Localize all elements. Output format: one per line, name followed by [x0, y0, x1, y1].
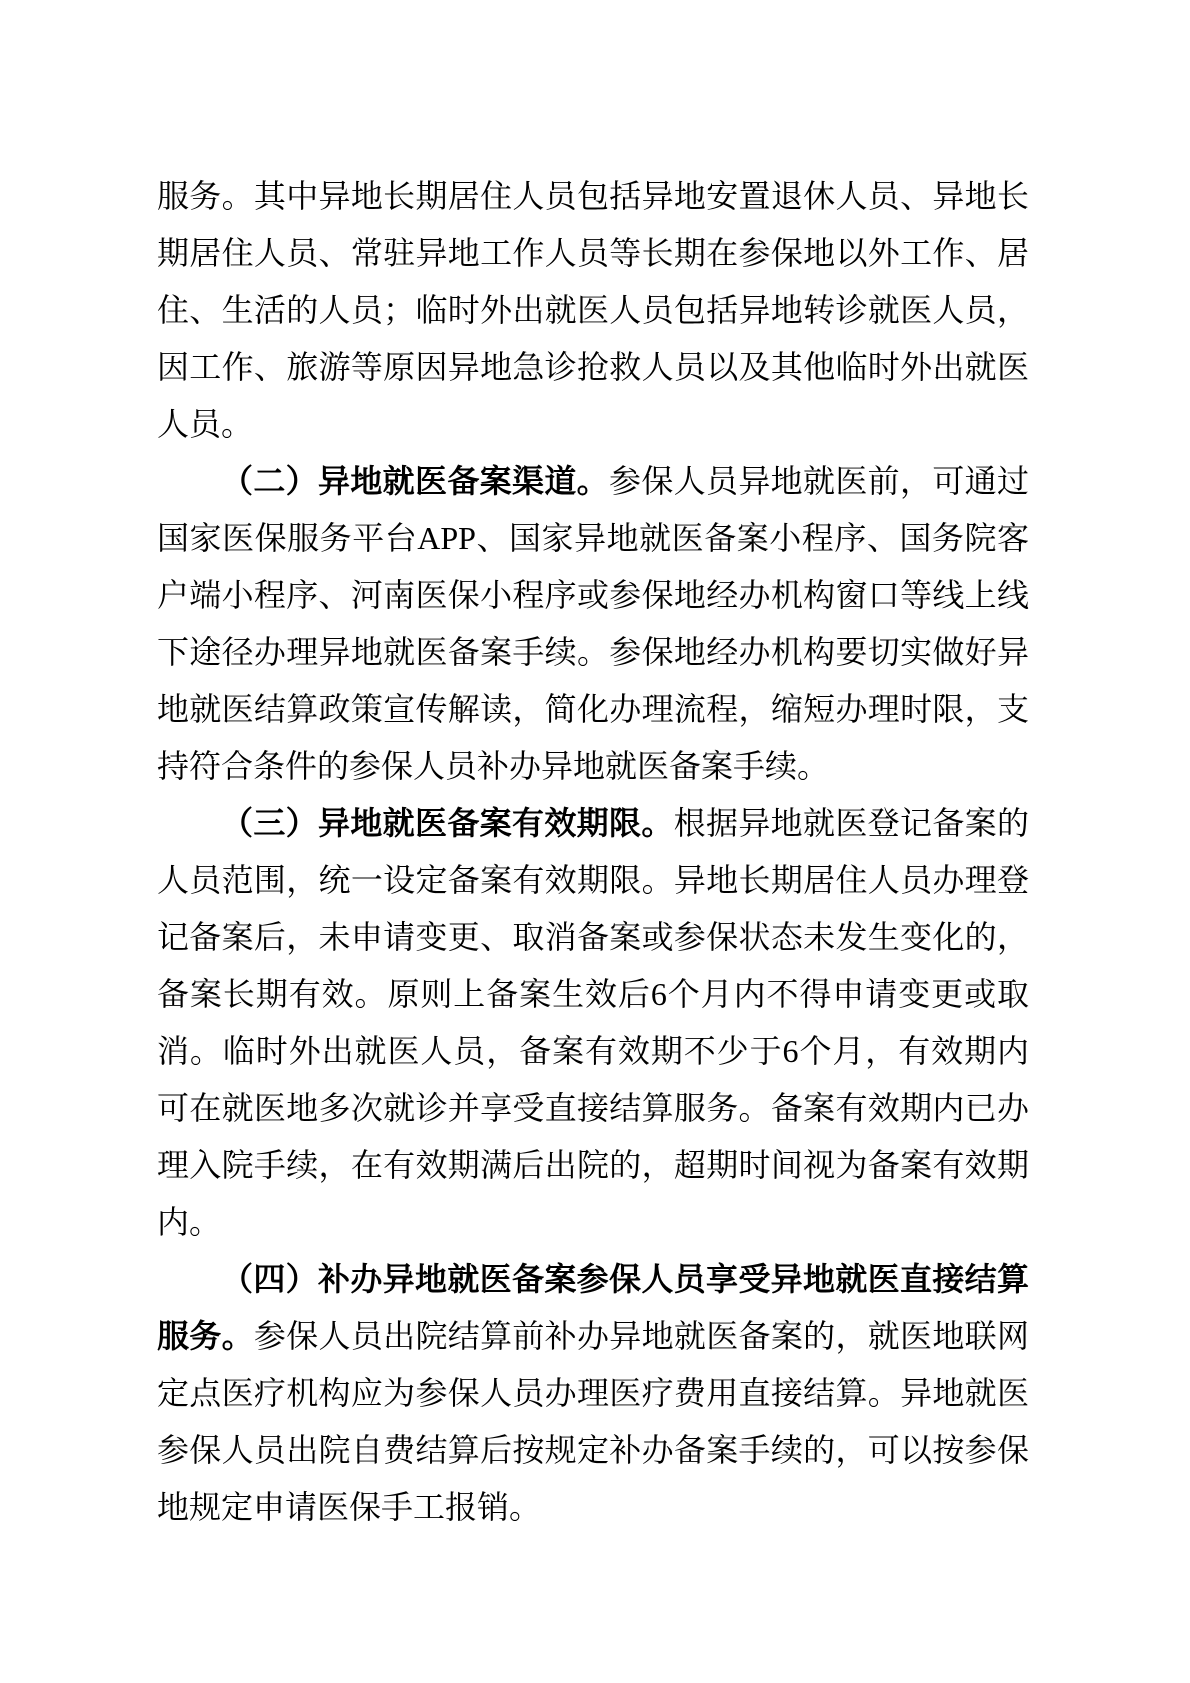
section-2-heading: （二）异地就医备案渠道。 [221, 463, 609, 499]
paragraph-section-2: （二）异地就医备案渠道。参保人员异地就医前，可通过国家医保服务平台APP、国家异… [157, 453, 1029, 795]
paragraph-text: 服务。其中异地长期居住人员包括异地安置退休人员、异地长期居住人员、常驻异地工作人… [157, 178, 1029, 442]
document-body: 服务。其中异地长期居住人员包括异地安置退休人员、异地长期居住人员、常驻异地工作人… [157, 168, 1029, 1536]
paragraph-continuation: 服务。其中异地长期居住人员包括异地安置退休人员、异地长期居住人员、常驻异地工作人… [157, 168, 1029, 453]
paragraph-text: 参保人员出院结算前补办异地就医备案的，就医地联网定点医疗机构应为参保人员办理医疗… [157, 1318, 1029, 1525]
document-page: 服务。其中异地长期居住人员包括异地安置退休人员、异地长期居住人员、常驻异地工作人… [0, 0, 1190, 1683]
section-3-heading: （三）异地就医备案有效期限。 [221, 805, 674, 841]
paragraph-text: 参保人员异地就医前，可通过国家医保服务平台APP、国家异地就医备案小程序、国务院… [157, 463, 1029, 784]
paragraph-section-4: （四）补办异地就医备案参保人员享受异地就医直接结算服务。参保人员出院结算前补办异… [157, 1251, 1029, 1536]
paragraph-text: 根据异地就医登记备案的人员范围，统一设定备案有效期限。异地长期居住人员办理登记备… [157, 805, 1029, 1240]
paragraph-section-3: （三）异地就医备案有效期限。根据异地就医登记备案的人员范围，统一设定备案有效期限… [157, 795, 1029, 1251]
